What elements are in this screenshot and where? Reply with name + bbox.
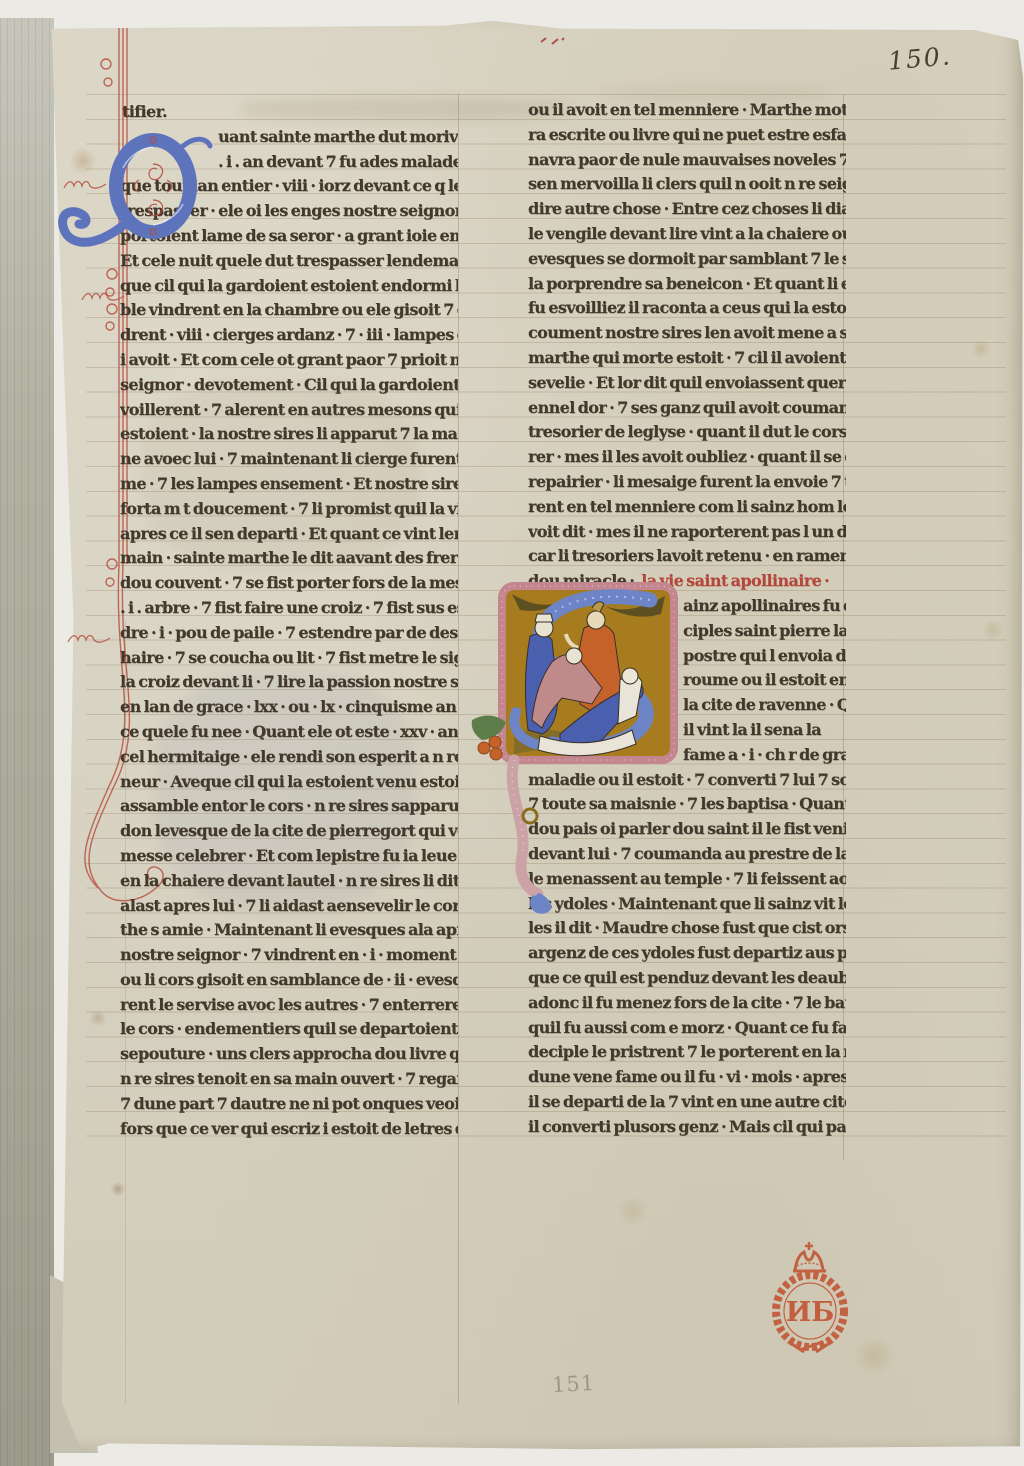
text-line: deciple le pristrent 7 le porterent en l… xyxy=(528,1040,846,1065)
manuscript-photo: { "page": { "folio_number": "150.", "pen… xyxy=(0,0,1024,1466)
stamp-monogram: ИБ xyxy=(786,1297,835,1328)
illuminated-initial-q xyxy=(55,128,220,258)
text-line: fors que ce ver qui escriz i estoit de l… xyxy=(120,1117,458,1142)
text-line: argenz de ces ydoles fust departiz aus p… xyxy=(528,941,846,966)
text-line: la croiz devant li · 7 lire la passion n… xyxy=(120,670,458,695)
text-line: messe celebrer · Et com lepistre fu ia l… xyxy=(120,844,458,869)
text-line: adonc il fu menez fors de la cite · 7 le… xyxy=(528,991,846,1016)
text-line: car li tresoriers lavoit retenu · en ram… xyxy=(528,544,846,569)
left-text-column: uant sainte marthe dut moriv ele le sot.… xyxy=(120,125,458,1142)
folio-number: 150. xyxy=(887,41,953,75)
text-line: rer · mes il les avoit oubliez · quant i… xyxy=(528,445,846,470)
text-line: dire autre chose · Entre cez choses li d… xyxy=(528,197,846,222)
text-line: fu esvoilliez il raconta a ceus qui la e… xyxy=(528,296,846,321)
text-line: forta m t doucement · 7 li promist quil … xyxy=(120,497,458,522)
text-line: sen mervoilla li clers quil n ooit n re … xyxy=(528,172,846,197)
stain xyxy=(615,1198,651,1224)
text-line: alast apres lui · 7 li aidast aensevelir… xyxy=(120,894,458,919)
text-line: 7 dune part 7 dautre ne ni pot onques ve… xyxy=(120,1092,458,1117)
right-text-column-top: ou il avoit en tel menniere · Marthe mot… xyxy=(528,98,846,569)
text-line: roume ou il estoit en xyxy=(683,668,846,693)
text-line: don levesque de la cite de pierregort qu… xyxy=(120,819,458,844)
text-line: the s amie · Maintenant li evesques ala … xyxy=(120,918,458,943)
text-line: seignor · devotement · Cil qui la gardoi… xyxy=(120,373,458,398)
text-line: postre qui l envoia de xyxy=(683,644,846,669)
text-line: neur · Aveque cil qui la estoient venu e… xyxy=(120,770,458,795)
pencil-foliation: 151 xyxy=(551,1371,595,1397)
text-line: que ce quil est penduz devant les deaubl… xyxy=(528,966,846,991)
text-line: le vengile devant lire vint a la chaiere… xyxy=(528,222,846,247)
text-line: il converti plusors genz · Mais cil qui … xyxy=(528,1115,846,1140)
text-line: main · sainte marthe le dit aavant des f… xyxy=(120,546,458,571)
pen-squiggle-icon xyxy=(66,630,116,648)
text-line: repairier · li mesaige furent la envoie … xyxy=(528,470,846,495)
text-line: ble vindrent en la chambre ou ele gisoit… xyxy=(120,298,458,323)
text-line: fame a · i · ch r de grant xyxy=(683,743,846,768)
text-line: me · 7 les lampes ensement · Et nostre s… xyxy=(120,472,458,497)
text-line: sevelie · Et lor dit quil envoiassent qu… xyxy=(528,371,846,396)
text-line: drent · viii · cierges ardanz · 7 · iii … xyxy=(120,323,458,348)
text-line: que cil qui la gardoient estoient endorm… xyxy=(120,274,458,299)
text-line: dou couvent · 7 se fist porter fors de l… xyxy=(120,571,458,596)
text-line: n re sires tenoit en sa main ouvert · 7 … xyxy=(120,1067,458,1092)
text-line: la cite de ravenne · Quant xyxy=(683,693,846,718)
stain xyxy=(110,1182,126,1196)
text-line: ou il avoit en tel menniere · Marthe mot… xyxy=(528,98,846,123)
text-line: voit dit · mes il ne raporterent pas l u… xyxy=(528,520,846,545)
text-line: ennel dor · 7 ses ganz quil avoit couman… xyxy=(528,396,846,421)
text-line: voillerent · 7 alerent en autres mesons … xyxy=(120,398,458,423)
text-line: dune vene fame ou il fu · vi · mois · ap… xyxy=(528,1065,846,1090)
text-line: en lan de grace · lxx · ou · lx · cinqui… xyxy=(120,695,458,720)
intercolumn-rule xyxy=(458,94,459,1404)
text-line: marthe qui morte estoit · 7 cil il avoie… xyxy=(528,346,846,371)
text-line: apres ce il sen departi · Et quant ce vi… xyxy=(120,522,458,547)
text-line: il vint la il sena la xyxy=(683,718,846,743)
text-line: rent le servise avoc les autres · 7 ente… xyxy=(120,993,458,1018)
text-line: . i . arbre · 7 fist faire une croiz · 7… xyxy=(120,596,458,621)
library-stamp: ИБ xyxy=(762,1240,860,1358)
text-line: i avoit · Et com cele ot grant paor 7 pr… xyxy=(120,348,458,373)
text-line: ra escrite ou livre qui ne puet estre es… xyxy=(528,123,846,148)
text-line: quil fu aussi com e morz · Quant ce fu f… xyxy=(528,1016,846,1041)
text-line: cel hermitaige · ele rendi son esperit a… xyxy=(120,745,458,770)
text-line: la porprendre sa beneicon · Et quant li … xyxy=(528,272,846,297)
text-line: il se departi de la 7 vint en une autre … xyxy=(528,1090,846,1115)
text-line: assamble entor le cors · n re sires sapp… xyxy=(120,794,458,819)
text-line: les il dit · Maudre chose fust que cist … xyxy=(528,916,846,941)
text-line: navra paor de nule mauvaises noveles 7 m… xyxy=(528,148,846,173)
text-line: ainz apollinaires fu de xyxy=(683,594,846,619)
text-line: dre · i · pou de paile · 7 estendre par … xyxy=(120,621,458,646)
text-line: nostre seignor · 7 vindrent en · i · mom… xyxy=(120,943,458,968)
book-edge-stack xyxy=(0,18,54,1466)
text-line: sepouture · uns clers approcha dou livre… xyxy=(120,1042,458,1067)
right-text-column-beside-initial: ainz apollinaires fu deciples saint pier… xyxy=(683,594,846,768)
text-line: en la chaiere devant lautel · n re sires… xyxy=(120,869,458,894)
text-line: haire · 7 se coucha ou lit · 7 fist metr… xyxy=(120,646,458,671)
pen-mark-icon xyxy=(538,32,568,48)
text-line: rent en tel menniere com li sainz hom lo… xyxy=(528,495,846,520)
text-line: tresorier de leglyse · quant il dut le c… xyxy=(528,420,846,445)
text-line: evesques se dormoit par samblant 7 le su… xyxy=(528,247,846,272)
historiated-initial-s xyxy=(465,584,680,914)
catchword: tifier. xyxy=(122,100,167,125)
text-line: ciples saint pierre la xyxy=(683,619,846,644)
text-line: ne avoec lui · 7 maintenant li cierge fu… xyxy=(120,447,458,472)
text-line: ou li cors gisoit en samblance de · ii ·… xyxy=(120,968,458,993)
text-line: ce quele fu nee · Quant ele ot este · xx… xyxy=(120,720,458,745)
text-line: le cors · endementiers quil se departoie… xyxy=(120,1017,458,1042)
text-line: coument nostre sires len avoit mene a sa… xyxy=(528,321,846,346)
text-line: estoient · la nostre sires li apparut 7 … xyxy=(120,422,458,447)
